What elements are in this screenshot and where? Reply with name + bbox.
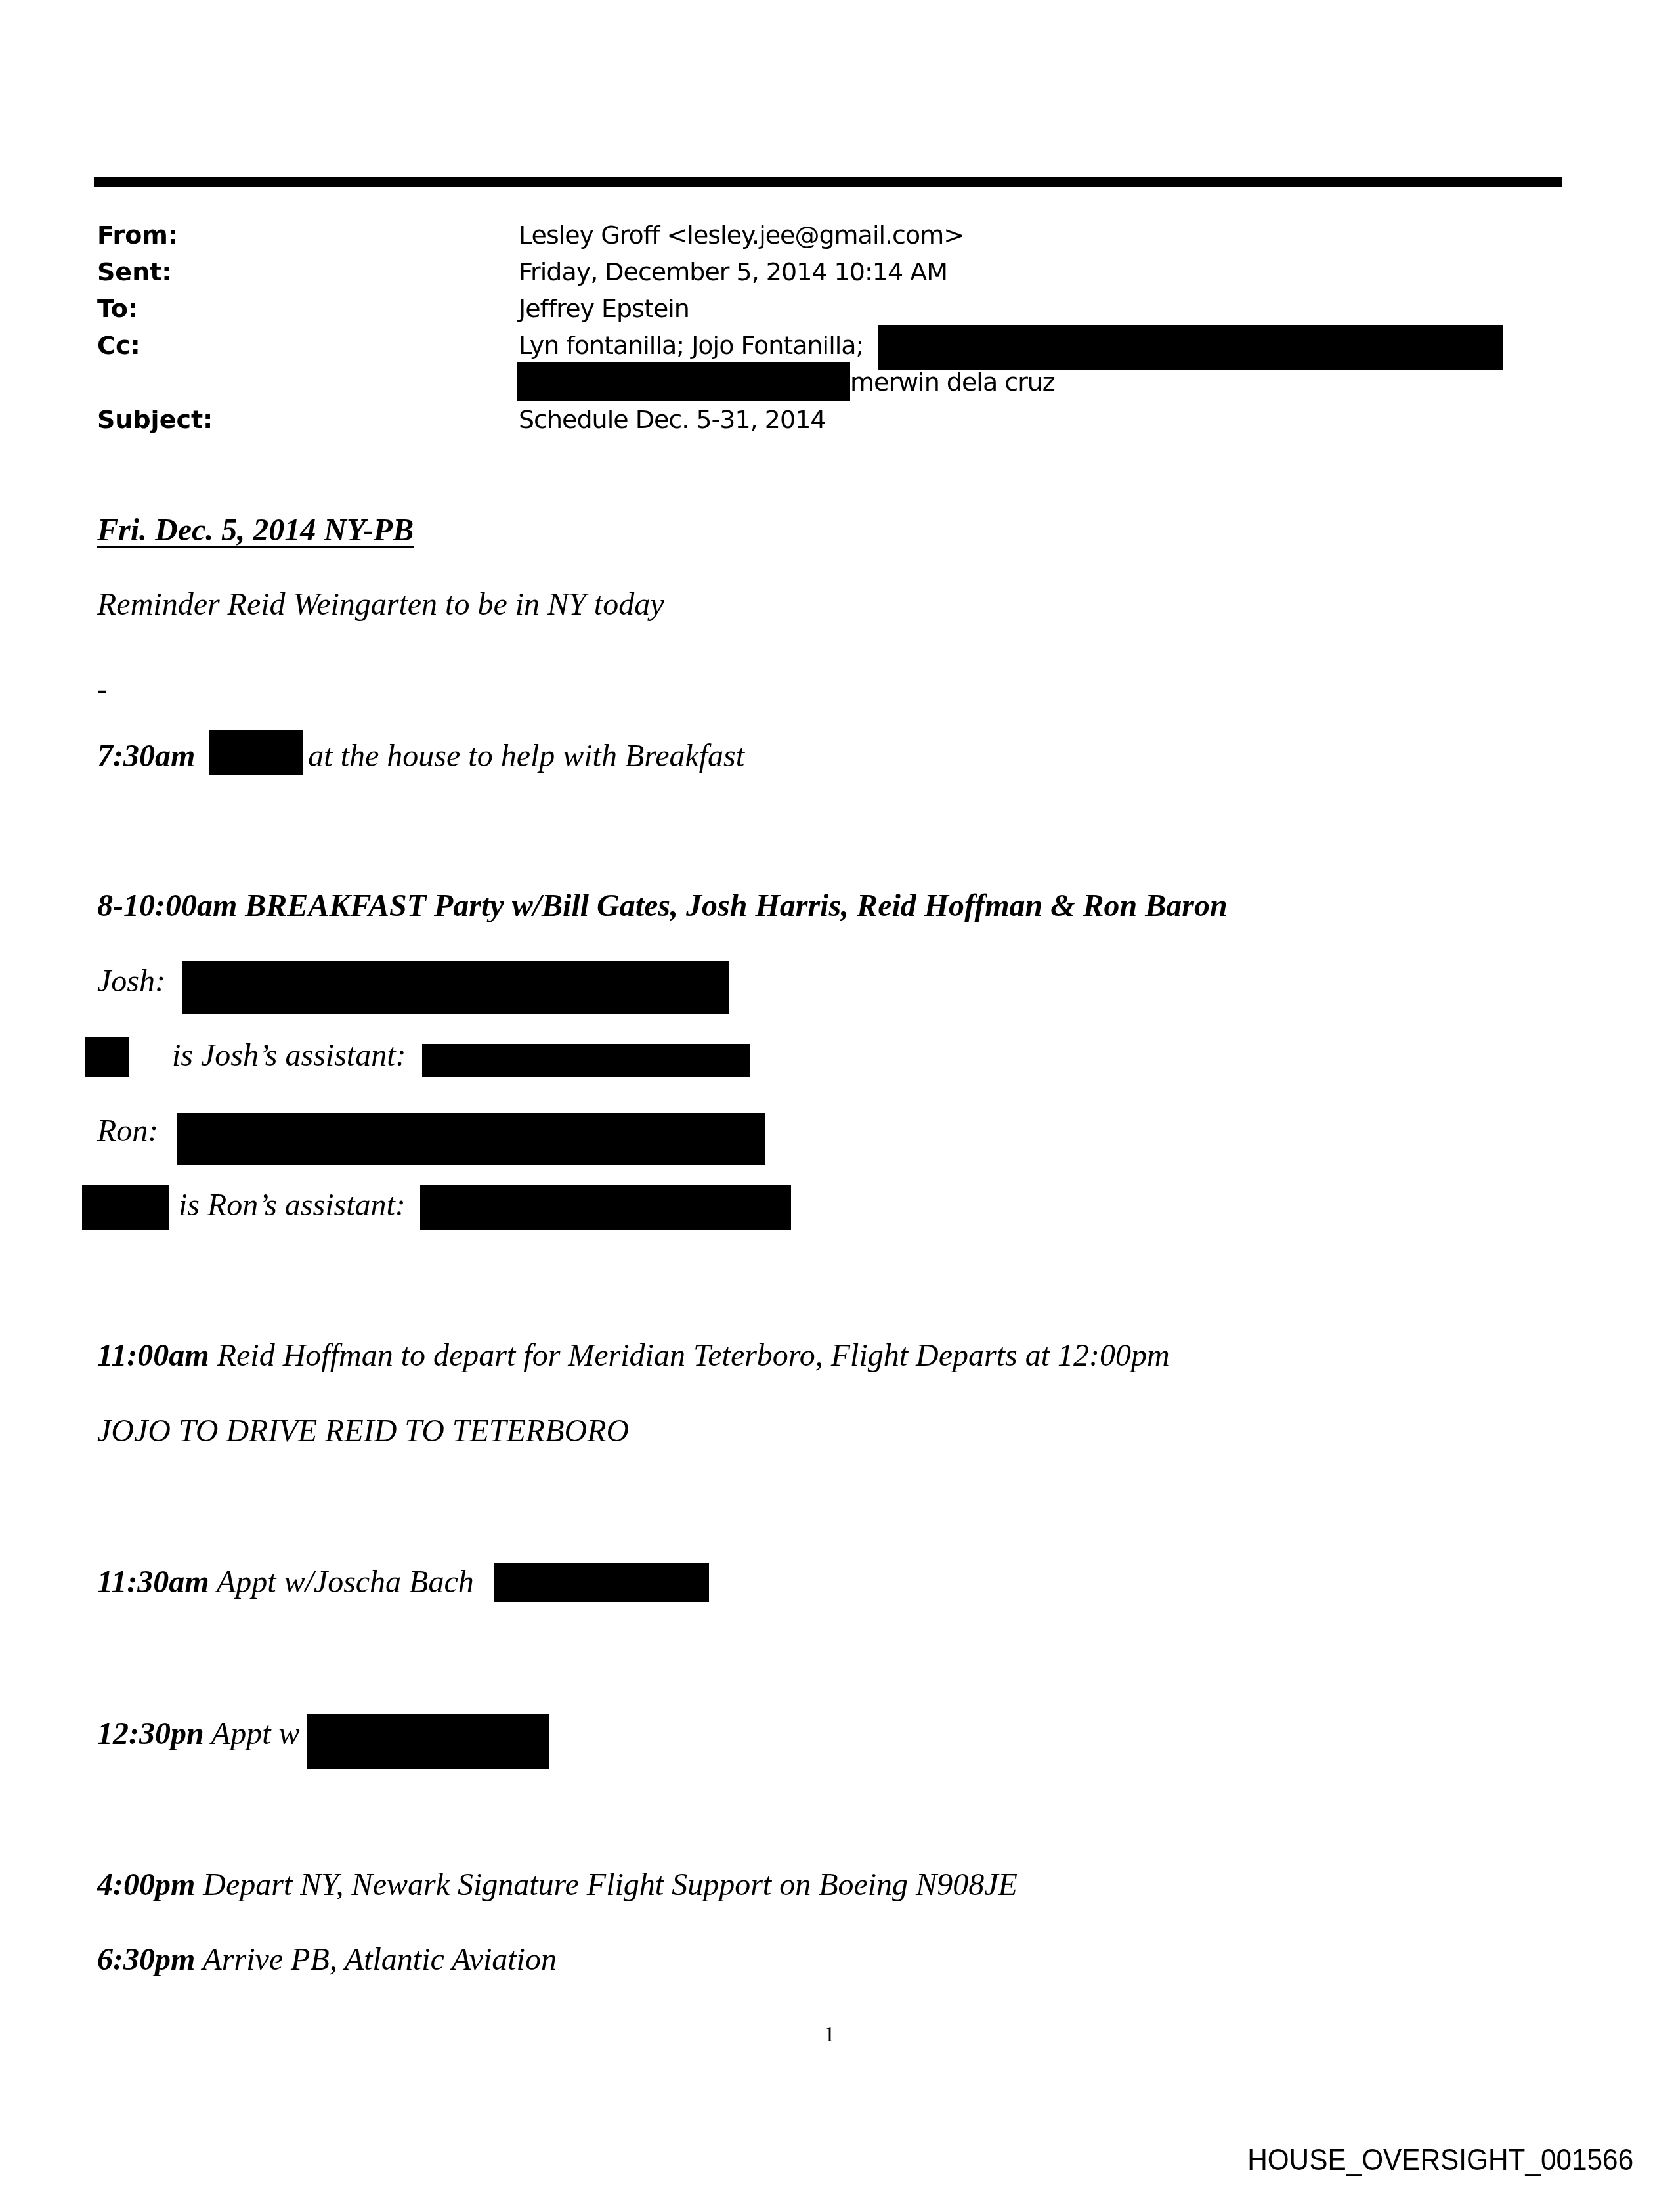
cc-value-line1: Lyn fontanilla; Jojo Fontanilla; xyxy=(519,331,863,360)
entry-text: BREAKFAST Party w/Bill Gates, Josh Harri… xyxy=(245,888,1227,923)
redaction-block xyxy=(307,1714,549,1769)
redaction-block xyxy=(422,1044,750,1077)
entry-time: 4:00pm xyxy=(97,1867,195,1902)
schedule-entry-1830: 6:30pm Arrive PB, Atlantic Aviation xyxy=(97,1941,557,1978)
from-label: From: xyxy=(97,221,178,249)
to-label: To: xyxy=(97,294,138,323)
entry-text: Appt w xyxy=(211,1716,300,1751)
jojo-note: JOJO TO DRIVE REID TO TETERBORO xyxy=(97,1413,629,1449)
from-value: Lesley Groff <lesley.jee@gmail.com> xyxy=(519,221,964,249)
dash-line: - xyxy=(97,671,108,707)
sent-label: Sent: xyxy=(97,257,172,286)
redaction-block xyxy=(177,1113,765,1165)
cc-value-line2: merwin dela cruz xyxy=(850,368,1055,397)
redaction-block xyxy=(182,961,729,1014)
cc-label: Cc: xyxy=(97,331,140,360)
entry-time: 11:30am xyxy=(97,1565,209,1599)
redaction-block xyxy=(517,362,850,401)
redaction-block xyxy=(494,1563,709,1602)
subject-label: Subject: xyxy=(97,405,213,434)
redaction-block xyxy=(878,325,1503,370)
entry-text: at the house to help with Breakfast xyxy=(308,739,744,773)
redaction-block xyxy=(209,730,303,775)
reminder-line: Reminder Reid Weingarten to be in NY tod… xyxy=(97,586,664,622)
sent-value: Friday, December 5, 2014 10:14 AM xyxy=(519,257,947,286)
ron-assistant-label: is Ron’s assistant: xyxy=(179,1187,406,1223)
redaction-block xyxy=(82,1185,169,1230)
to-value: Jeffrey Epstein xyxy=(519,294,689,323)
josh-assistant-label: is Josh’s assistant: xyxy=(172,1037,406,1073)
schedule-entry-0800: 8-10:00am BREAKFAST Party w/Bill Gates, … xyxy=(97,888,1228,924)
redaction-block xyxy=(420,1185,791,1230)
entry-text: Depart NY, Newark Signature Flight Suppo… xyxy=(203,1867,1017,1902)
entry-text: Reid Hoffman to depart for Meridian Tete… xyxy=(217,1338,1170,1373)
schedule-entry-1600: 4:00pm Depart NY, Newark Signature Fligh… xyxy=(97,1867,1018,1903)
page-number: 1 xyxy=(824,2022,835,2047)
bates-number: HOUSE_OVERSIGHT_001566 xyxy=(1247,2142,1633,2177)
redaction-block xyxy=(85,1037,129,1077)
subject-value: Schedule Dec. 5-31, 2014 xyxy=(519,405,826,434)
entry-text: Arrive PB, Atlantic Aviation xyxy=(202,1942,556,1977)
entry-time: 12:30pn xyxy=(97,1716,204,1751)
schedule-entry-1230: 12:30pn Appt w xyxy=(97,1716,300,1752)
entry-text: Appt w/Joscha Bach xyxy=(217,1565,474,1599)
schedule-entry-1130: 11:30am Appt w/Joscha Bach xyxy=(97,1564,474,1600)
josh-label: Josh: xyxy=(97,963,165,999)
schedule-entry-1100: 11:00am Reid Hoffman to depart for Merid… xyxy=(97,1337,1170,1374)
schedule-entry-0730: 7:30am at the house to help with Breakfa… xyxy=(97,738,744,774)
ron-label: Ron: xyxy=(97,1113,158,1149)
entry-time: 8-10:00am xyxy=(97,888,237,923)
entry-time: 7:30am xyxy=(97,739,195,773)
entry-time: 11:00am xyxy=(97,1338,209,1373)
day-heading: Fri. Dec. 5, 2014 NY-PB xyxy=(97,512,414,548)
header-rule xyxy=(94,177,1562,187)
entry-time: 6:30pm xyxy=(97,1942,195,1977)
